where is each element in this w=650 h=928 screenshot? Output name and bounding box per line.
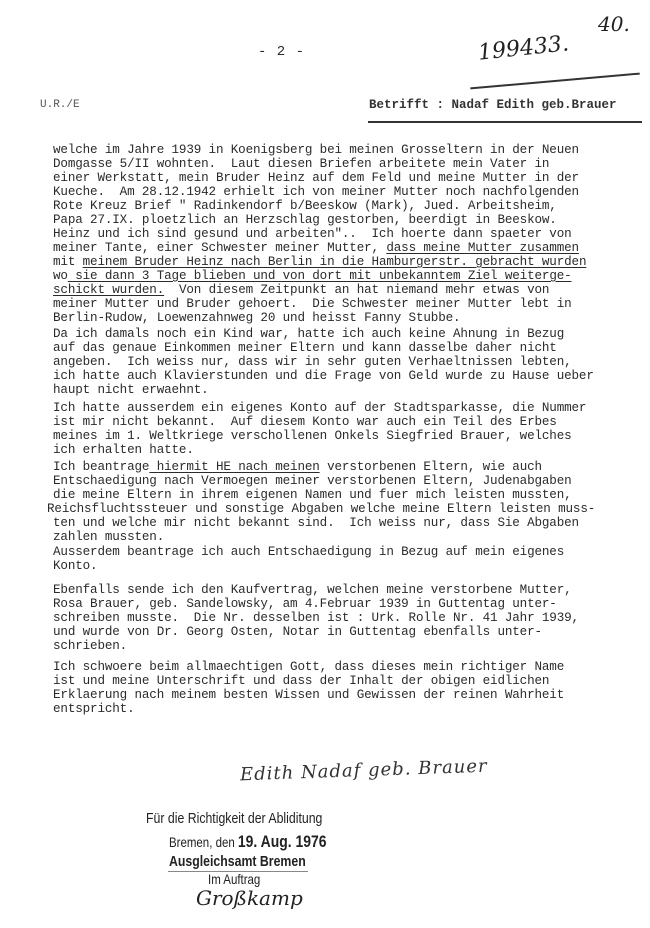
body-line: schickt wurden. Von diesem Zeitpunkt an … xyxy=(53,283,549,297)
body-line: Ich hatte ausserdem ein eigenes Konto au… xyxy=(53,401,586,415)
body-line: ich hatte auch Klavierstunden und die Fr… xyxy=(53,369,594,383)
body-line: meiner Mutter und Bruder gehoert. Die Sc… xyxy=(53,297,572,311)
handwritten-file-number: 199433. xyxy=(477,31,570,65)
subject-line: Betrifft : Nadaf Edith geb.Brauer xyxy=(369,98,617,112)
body-text: wo xyxy=(53,269,68,283)
body-line: Ich schwoere beim allmaechtigen Gott, da… xyxy=(53,660,564,674)
body-line: schreiben musste. Die Nr. desselben ist … xyxy=(53,611,579,625)
body-line: Berlin-Rudow, Loewenzahnweg 20 und heiss… xyxy=(53,311,460,325)
underlined-text: schickt wurden. xyxy=(53,283,164,297)
body-line: einer Werkstatt, mein Bruder Heinz auf d… xyxy=(53,171,579,185)
applicant-signature: Edith Nadaf geb. Brauer xyxy=(240,756,488,786)
body-line: Kueche. Am 28.12.1942 erhielt ich von me… xyxy=(53,185,579,199)
body-line: meines im 1. Weltkriege verschollenen On… xyxy=(53,429,572,443)
handwritten-underline xyxy=(470,73,640,90)
body-line: ten und welche mir nicht bekannt sind. I… xyxy=(53,516,579,530)
stamp-office: Ausgleichsamt Bremen xyxy=(169,853,306,870)
underlined-text: dass meine Mutter zusammen xyxy=(386,241,579,255)
reference-code: U.R./E xyxy=(40,99,80,111)
body-text: verstorbenen Eltern, wie auch xyxy=(320,460,542,474)
stamp-certification-text: Für die Richtigkeit der Abliditung xyxy=(146,810,322,827)
body-text: meiner Tante, einer Schwester meiner Mut… xyxy=(53,241,386,255)
page-number: - 2 - xyxy=(258,44,305,60)
subject-underline xyxy=(368,121,642,123)
body-line: meiner Tante, einer Schwester meiner Mut… xyxy=(53,241,579,255)
handwritten-page-mark: 40. xyxy=(598,12,630,36)
body-line: die meine Eltern in ihrem eigenen Namen … xyxy=(53,488,572,502)
body-line: Da ich damals noch ein Kind war, hatte i… xyxy=(53,327,564,341)
underlined-text: hiermit HE nach meinen xyxy=(149,460,319,474)
body-line: Ebenfalls sende ich den Kaufvertrag, wel… xyxy=(53,583,572,597)
body-text: Ich beantrage xyxy=(53,460,149,474)
body-line: Ausserdem beantrage ich auch Entschaedig… xyxy=(53,545,564,559)
body-line: Erklaerung nach meinem besten Wissen und… xyxy=(53,688,564,702)
body-line: welche im Jahre 1939 in Koenigsberg bei … xyxy=(53,143,579,157)
body-line: haupt nicht erwaehnt. xyxy=(53,383,209,397)
body-line: Rosa Brauer, geb. Sandelowsky, am 4.Febr… xyxy=(53,597,557,611)
body-line: Domgasse 5/II wohnten. Laut diesen Brief… xyxy=(53,157,549,171)
body-line: Papa 27.IX. ploetzlich an Herzschlag ges… xyxy=(53,213,557,227)
underlined-text: sie dann 3 Tage blieben und von dort mit… xyxy=(68,269,572,283)
body-text: Von diesem Zeitpunkt an hat niemand mehr… xyxy=(164,283,549,297)
body-line: Konto. xyxy=(53,559,97,573)
body-line: auf das genaue Einkommen meiner Eltern u… xyxy=(53,341,557,355)
stamp-date-line: Bremen, den 19. Aug. 1976 xyxy=(169,832,327,852)
body-line: ich erhalten hatte. xyxy=(53,443,194,457)
body-line: ist und meine Unterschrift und dass der … xyxy=(53,674,549,688)
body-line: ist mir nicht bekannt. Auf diesem Konto … xyxy=(53,415,557,429)
underlined-text: meinem Bruder Heinz nach Berlin in die H… xyxy=(83,255,587,269)
stamp-on-behalf: Im Auftrag xyxy=(208,871,260,887)
body-line: Reichsfluchtssteuer und sonstige Abgaben… xyxy=(47,502,595,516)
body-line: und wurde von Dr. Georg Osten, Notar in … xyxy=(53,625,542,639)
body-text: mit xyxy=(53,255,83,269)
stamp-date: 19. Aug. 1976 xyxy=(238,832,327,851)
body-line: wo sie dann 3 Tage blieben und von dort … xyxy=(53,269,572,283)
body-line: mit meinem Bruder Heinz nach Berlin in d… xyxy=(53,255,586,269)
body-line: Rote Kreuz Brief " Radinkendorf b/Beesko… xyxy=(53,199,557,213)
body-line: entspricht. xyxy=(53,702,134,716)
body-line: zahlen mussten. xyxy=(53,530,164,544)
clerk-signature: Großkamp xyxy=(196,886,303,910)
body-line: Heinz und ich sind gesund und arbeiten".… xyxy=(53,227,572,241)
body-line: Entschaedigung nach Vermoegen meiner ver… xyxy=(53,474,572,488)
body-line: schrieben. xyxy=(53,639,127,653)
body-line: angeben. Ich weiss nur, dass wir in sehr… xyxy=(53,355,572,369)
stamp-place: Bremen, den xyxy=(169,834,238,850)
body-line: Ich beantrage hiermit HE nach meinen ver… xyxy=(53,460,542,474)
